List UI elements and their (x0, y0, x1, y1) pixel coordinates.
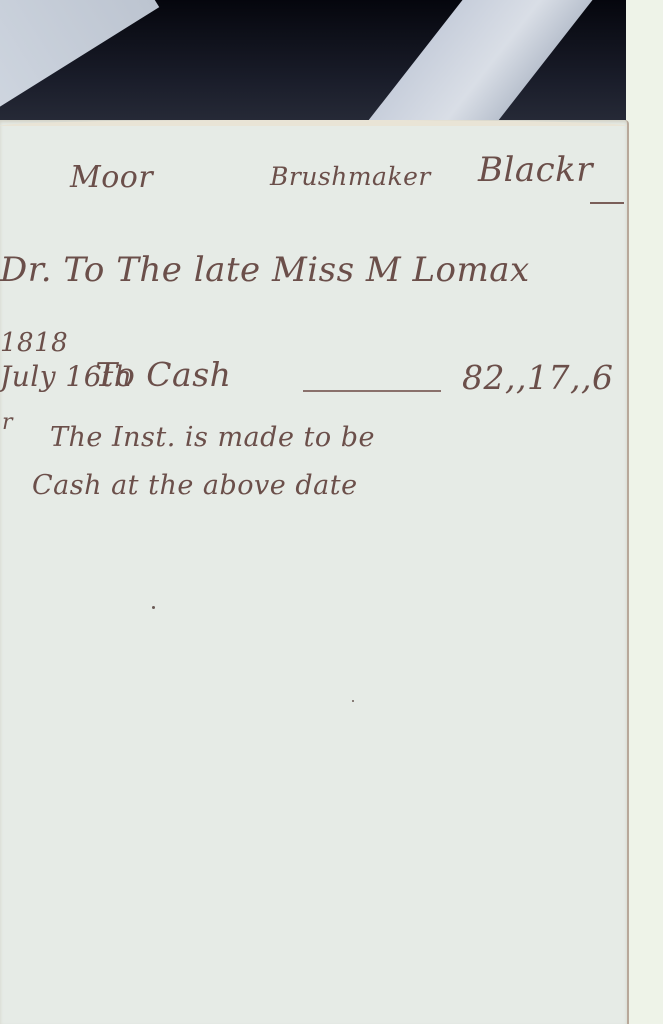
ledger-page: Moor Brushmaker Blackr Dr. To The late M… (0, 120, 629, 1024)
account-title: Dr. To The late Miss M Lomax (0, 250, 530, 290)
entry-leader-line (303, 390, 441, 392)
header-occupation: Brushmaker (270, 162, 431, 191)
paper-speck (152, 606, 155, 609)
note-line-1: The Inst. is made to be (50, 422, 375, 453)
paper-speck (352, 700, 354, 702)
header-underline (590, 202, 624, 204)
backdrop-light-stripe (0, 0, 159, 113)
entry-year: 1818 (0, 328, 68, 358)
header-name: Moor (70, 160, 153, 195)
margin-mark: r (2, 410, 13, 435)
note-line-2: Cash at the above date (32, 470, 358, 501)
adjacent-page-edge (626, 0, 663, 1024)
header-place: Blackr (478, 150, 593, 190)
entry-amount: 82,,17,,6 (462, 358, 613, 397)
entry-description: To Cash (95, 355, 231, 394)
backdrop-light-stripe (306, 0, 624, 135)
photo-backdrop (0, 0, 626, 135)
